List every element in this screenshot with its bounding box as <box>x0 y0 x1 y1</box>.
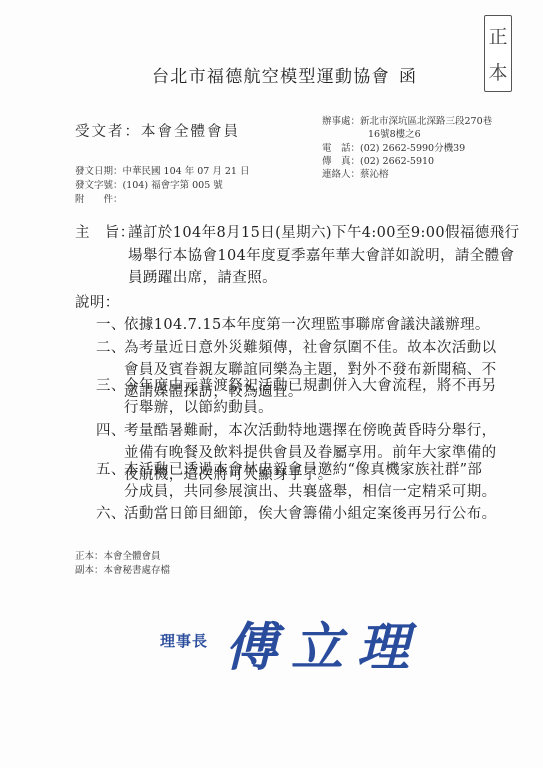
item-5-line-1: 本活動已透過本會林忠毅會員邀約“像真機家族社群”部 <box>124 458 482 479</box>
attachment: 附 件： <box>75 191 123 205</box>
contact-phone: 電 話：(02) 2662-5990分機39 <box>322 140 465 154</box>
item-6-num: 六、 <box>96 502 126 523</box>
subject-line-2: 場舉行本協會104年度夏季嘉年華大會詳如說明，請全體會 <box>128 244 514 265</box>
item-4-num: 四、 <box>96 419 126 440</box>
contact-office-line2: 16號8樓之6 <box>368 126 421 140</box>
recipient-label: 受文者： <box>75 124 141 140</box>
subject-line-1: 謹訂於104年8月15日(星期六)下午4:00至9:00假福德飛行 <box>128 221 520 242</box>
item-6-line-1: 活動當日節目細節，俟大會籌備小組定案後再另行公布。 <box>124 502 497 523</box>
subject-label: 主 旨： <box>75 221 135 242</box>
item-3-num: 三、 <box>96 374 126 395</box>
item-3-line-2: 行舉辦，以節約動員。 <box>124 396 273 417</box>
organization-title: 台北市福德航空模型運動協會 <box>152 62 390 87</box>
item-2-line-1: 為考量近日意外災難頻傳，社會氛圍不佳。故本次活動以 <box>124 336 497 357</box>
signature-title: 理事長 <box>160 630 208 651</box>
distribution-copy: 副本：本會秘書處存檔 <box>75 562 170 576</box>
item-2-num: 二、 <box>96 336 126 357</box>
subject-line-3: 員踴躍出席，請查照。 <box>128 266 277 287</box>
signature-seal: 傅立理 <box>225 605 423 680</box>
original-copy-stamp: 正 本 <box>484 15 512 92</box>
distribution-original: 正本：本會全體會員 <box>75 548 161 562</box>
contact-person: 連絡人：蔡沁榕 <box>322 166 389 180</box>
stamp-char-1: 正 <box>488 22 507 49</box>
contact-fax: 傳 真：(02) 2662-5910 <box>322 153 434 167</box>
item-4-line-1: 考量酷暑難耐，本次活動特地選擇在傍晚黃昏時分舉行， <box>124 419 497 440</box>
item-1-line-1: 依據104.7.15本年度第一次理監事聯席會議決議辦理。 <box>124 313 490 334</box>
item-3-line-1: 今年度中元普渡祭祀活動已規劃併入大會流程，將不再另 <box>124 374 497 395</box>
item-5-num: 五、 <box>96 458 126 479</box>
recipient: 受文者：本會全體會員 <box>75 120 240 141</box>
document-type: 函 <box>399 62 416 87</box>
explanation-label: 說明： <box>75 291 120 312</box>
item-1-num: 一、 <box>96 313 126 334</box>
stamp-char-2: 本 <box>488 58 507 85</box>
item-5-line-2: 分成員，共同參展演出、共襄盛舉，相信一定精采可期。 <box>124 480 497 501</box>
issue-date: 發文日期：中華民國 104 年 07 月 21 日 <box>75 163 249 177</box>
recipient-value: 本會全體會員 <box>141 124 240 140</box>
contact-office: 辦事處：新北市深坑區北深路三段270巷 <box>322 113 492 127</box>
issue-number: 發文字號：(104) 福會字第 005 號 <box>75 177 223 191</box>
